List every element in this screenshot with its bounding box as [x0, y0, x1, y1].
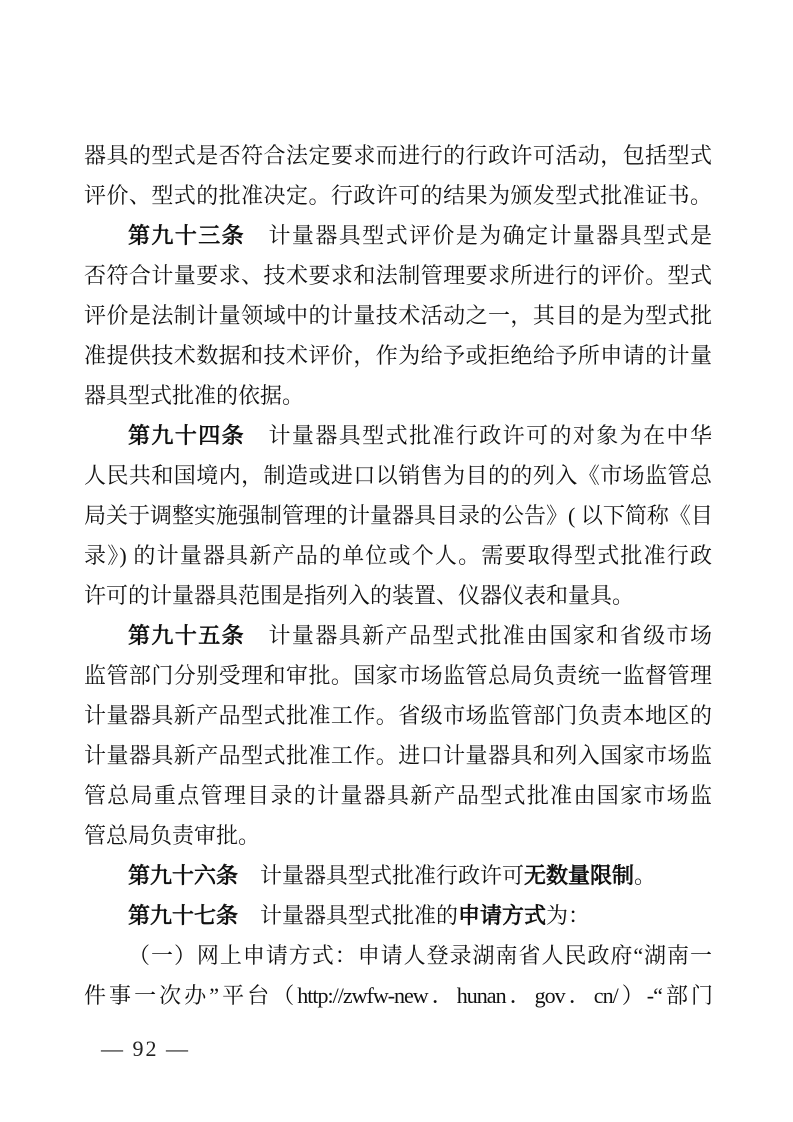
- text-segment: 许可的计量器具范围是指列入的装置、仪器仪表和量具。: [84, 583, 634, 608]
- text-line: 第九十五条 计量器具新产品型式批准由国家和省级市场: [84, 616, 712, 656]
- text-segment: 评价是法制计量领域中的计量技术活动之一，其目的是为型式批: [84, 303, 712, 328]
- document-page: 器具的型式是否符合法定要求而进行的行政许可活动，包括型式评价、型式的批准决定。行…: [0, 0, 793, 1122]
- text-line: 管总局重点管理目录的计量器具新产品型式批准由国家市场监: [84, 776, 712, 816]
- emphasis-text: 申请方式: [458, 903, 546, 928]
- text-line: （一）网上申请方式：申请人登录湖南省人民政府“湖南一: [84, 936, 712, 976]
- text-line: 管总局负责审批。: [84, 816, 712, 856]
- text-line: 评价是法制计量领域中的计量技术活动之一，其目的是为型式批: [84, 296, 712, 336]
- text-segment: 计量器具型式批准行政许可的对象为在中华: [245, 423, 712, 448]
- text-line: 第九十三条 计量器具型式评价是为确定计量器具型式是: [84, 216, 712, 256]
- article-number: 第九十六条: [128, 863, 238, 888]
- text-segment: 人民共和国境内，制造或进口以销售为目的的列入《市场监管总: [84, 463, 712, 488]
- text-segment: 否符合计量要求、技术要求和法制管理要求所进行的评价。型式: [84, 263, 712, 288]
- emphasis-text: 无数量限制: [524, 863, 634, 888]
- article-number: 第九十五条: [128, 623, 245, 648]
- text-line: 评价、型式的批准决定。行政许可的结果为颁发型式批准证书。: [84, 176, 712, 216]
- article-number: 第九十四条: [128, 423, 245, 448]
- document-body: 器具的型式是否符合法定要求而进行的行政许可活动，包括型式评价、型式的批准决定。行…: [84, 136, 712, 1016]
- text-segment: 。: [634, 863, 656, 888]
- text-segment: （一）网上申请方式：申请人登录湖南省人民政府“湖南一: [128, 943, 712, 968]
- text-segment: 监管部门分别受理和审批。国家市场监管总局负责统一监督管理: [84, 663, 712, 688]
- text-line: 第九十四条 计量器具型式批准行政许可的对象为在中华: [84, 416, 712, 456]
- text-segment: 计量器具新产品型式批准由国家和省级市场: [245, 623, 712, 648]
- text-line: 件事一次办”平台（http://zwfw-new．hunan．gov．cn/）-…: [84, 976, 712, 1016]
- text-segment: 评价、型式的批准决定。行政许可的结果为颁发型式批准证书。: [84, 183, 712, 208]
- text-line: 器具型式批准的依据。: [84, 376, 712, 416]
- text-line: 第九十六条 计量器具型式批准行政许可无数量限制。: [84, 856, 712, 896]
- text-segment: 计量器具型式评价是为确定计量器具型式是: [245, 223, 712, 248]
- text-line: 人民共和国境内，制造或进口以销售为目的的列入《市场监管总: [84, 456, 712, 496]
- text-segment: 计量器具新产品型式批准工作。省级市场监管部门负责本地区的: [84, 703, 712, 728]
- text-segment: 准提供技术数据和技术评价，作为给予或拒绝给予所申请的计量: [84, 343, 712, 368]
- text-segment: 器具型式批准的依据。: [84, 383, 304, 408]
- article-number: 第九十七条: [128, 903, 238, 928]
- text-line: 计量器具新产品型式批准工作。省级市场监管部门负责本地区的: [84, 696, 712, 736]
- text-line: 否符合计量要求、技术要求和法制管理要求所进行的评价。型式: [84, 256, 712, 296]
- text-segment: 录》) 的计量器具新产品的单位或个人。需要取得型式批准行政: [84, 543, 712, 568]
- text-segment: 计量器具新产品型式批准工作。进口计量器具和列入国家市场监: [84, 743, 712, 768]
- text-segment: 局关于调整实施强制管理的计量器具目录的公告》( 以下简称《目: [84, 503, 713, 528]
- text-segment: 件事一次办”平台（http://zwfw-new．hunan．gov．cn/）-…: [84, 983, 712, 1008]
- text-line: 第九十七条 计量器具型式批准的申请方式为：: [84, 896, 712, 936]
- text-line: 准提供技术数据和技术评价，作为给予或拒绝给予所申请的计量: [84, 336, 712, 376]
- text-line: 计量器具新产品型式批准工作。进口计量器具和列入国家市场监: [84, 736, 712, 776]
- text-line: 局关于调整实施强制管理的计量器具目录的公告》( 以下简称《目: [84, 496, 712, 536]
- text-line: 器具的型式是否符合法定要求而进行的行政许可活动，包括型式: [84, 136, 712, 176]
- page-number-footer: — 92 —: [101, 1036, 190, 1062]
- text-segment: 计量器具型式批准行政许可: [238, 863, 524, 888]
- text-segment: 管总局重点管理目录的计量器具新产品型式批准由国家市场监: [84, 783, 712, 808]
- text-line: 监管部门分别受理和审批。国家市场监管总局负责统一监督管理: [84, 656, 712, 696]
- text-segment: 为：: [546, 903, 590, 928]
- text-segment: 管总局负责审批。: [84, 823, 260, 848]
- text-segment: 计量器具型式批准的: [238, 903, 458, 928]
- text-line: 许可的计量器具范围是指列入的装置、仪器仪表和量具。: [84, 576, 712, 616]
- article-number: 第九十三条: [128, 223, 245, 248]
- text-segment: 器具的型式是否符合法定要求而进行的行政许可活动，包括型式: [84, 143, 712, 168]
- text-line: 录》) 的计量器具新产品的单位或个人。需要取得型式批准行政: [84, 536, 712, 576]
